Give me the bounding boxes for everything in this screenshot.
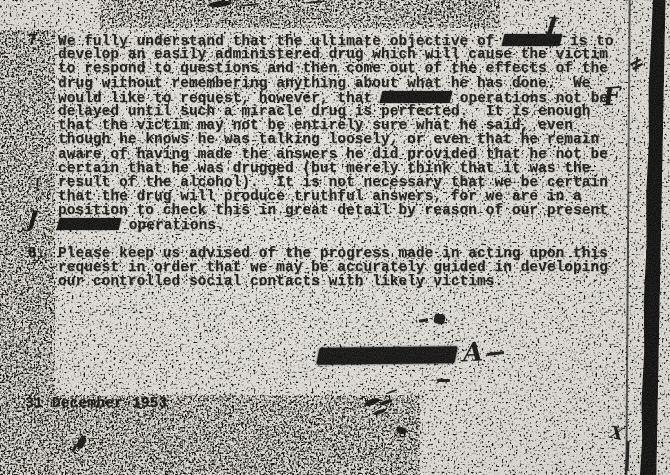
handwritten-a-tail-stroke [487, 351, 504, 356]
inline-redaction [57, 218, 122, 230]
scan-fold-line [625, 0, 630, 475]
document-content: 7. We fully understand that the ultimate… [0, 0, 670, 475]
paragraph-lines: Please keep us advised of the progress m… [58, 247, 608, 290]
ink-dash-mark [419, 318, 428, 322]
text-line: our controlled social contacts with like… [58, 275, 608, 289]
handwritten-f-right-margin: F [602, 81, 622, 111]
text-line: though he knows he was talking loosely, … [58, 133, 614, 147]
paragraph-lines: We fully understand that the ultimate ob… [58, 34, 614, 233]
text-line: position to check this in great detail b… [58, 204, 614, 218]
text-line: operations. [58, 218, 614, 232]
paragraph-7: 7. We fully understand that the ultimate… [28, 34, 614, 233]
paragraph-number: 7. [28, 34, 58, 233]
ink-dash-mark [437, 379, 450, 382]
text-line: drug without remembering anything about … [58, 77, 614, 91]
text-line: aware of having made the answers he did … [58, 148, 614, 162]
paragraph-number: 8. [28, 247, 58, 290]
text-line: certain that he was drugged (but merely … [58, 162, 614, 176]
handwritten-x-bottom-right: X [608, 423, 625, 445]
text-segment: drug without remembering anything about … [58, 76, 591, 92]
text-line: result of the alcohol). It is not necess… [58, 176, 614, 190]
margin-tick-mark: ! [33, 175, 42, 197]
handwritten-a-bottom: A [462, 337, 484, 368]
text-line: would like to request, however, that ope… [58, 91, 614, 105]
date-line: 31 December 1953 [25, 396, 167, 412]
inline-redaction [380, 91, 453, 103]
text-segment: our controlled social contacts with like… [58, 274, 503, 290]
text-line: delayed until such a miracle drug is per… [58, 105, 614, 119]
handwritten-j-left-margin: J [26, 206, 39, 234]
ink-smudge [208, 0, 232, 8]
text-segment: operations. [120, 218, 225, 234]
scanned-document-page: 7. We fully understand that the ultimate… [0, 0, 670, 475]
ink-smudge [76, 435, 88, 450]
ink-smudge [395, 426, 407, 436]
paragraph-8: 8. Please keep us advised of the progres… [28, 247, 608, 290]
ink-blob-mark [433, 313, 446, 325]
text-line: to respond to questions and then come ou… [58, 62, 614, 76]
ink-smudge [363, 396, 380, 407]
redaction-bar [316, 346, 458, 364]
text-segment: position to check this in great detail b… [58, 203, 608, 219]
